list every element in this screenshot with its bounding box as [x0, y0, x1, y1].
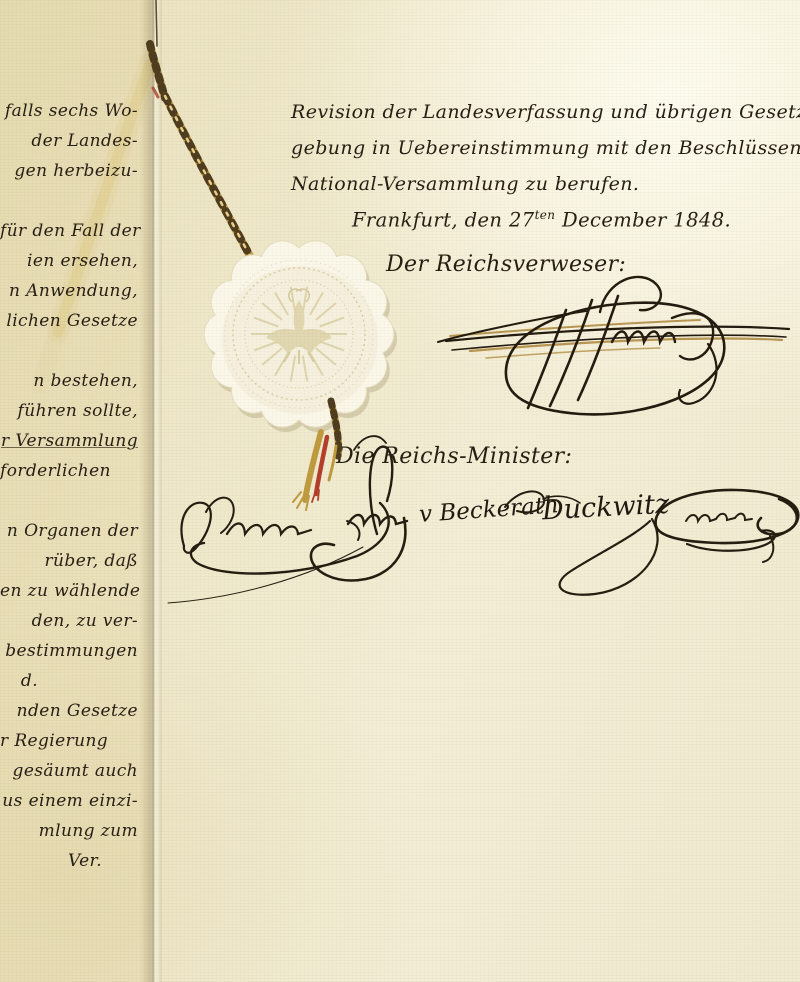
paragraph-line: National-Versammlung zu berufen. — [291, 166, 800, 202]
dateline-place-day: Frankfurt, den 27 — [352, 209, 535, 232]
reichsverweser-heading: Der Reichsverweser: — [386, 252, 626, 277]
signature-duckwitz: Duckwitz — [541, 489, 670, 527]
decree-paragraph: Revision der Landesverfassung und übrige… — [291, 94, 800, 202]
dateline-month-year: December 1848. — [555, 209, 731, 232]
ministers-heading: Die Reichs-Minister: — [336, 444, 572, 469]
dateline-ordinal: ten — [535, 208, 556, 222]
signature-beckerath: v Beckerath — [418, 492, 559, 528]
right-page: Revision der Landesverfassung und übrige… — [0, 0, 800, 982]
dateline: Frankfurt, den 27ten December 1848. — [352, 208, 731, 232]
historical-document-photo: falls sechs Wo-der Landes-gen herbeizu-f… — [0, 0, 800, 982]
paragraph-line: Revision der Landesverfassung und übrige… — [291, 94, 800, 130]
paragraph-line: gebung in Uebereinstimmung mit den Besch… — [291, 130, 800, 166]
